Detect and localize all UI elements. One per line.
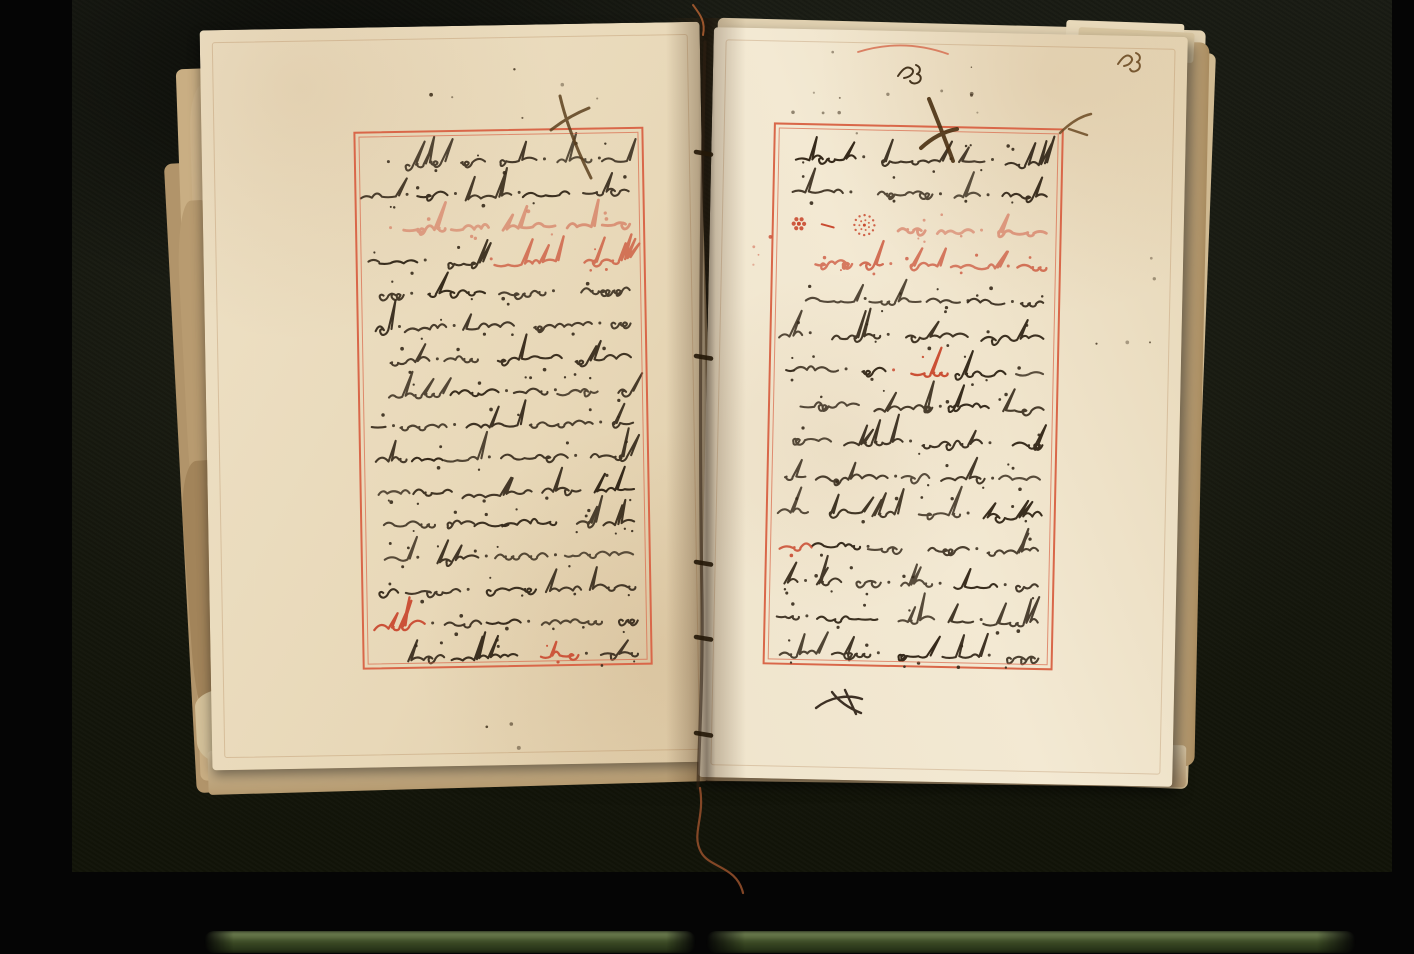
thread-tail — [697, 788, 743, 893]
table-edge-highlight-right — [706, 931, 1356, 953]
ink-marks-overlay — [0, 0, 1414, 954]
manuscript-photograph — [0, 0, 1414, 954]
red-stroke-right-page-top-edge — [858, 45, 948, 54]
pen-mark-top-right-margin — [1060, 114, 1091, 135]
folio-number-top-center — [898, 65, 921, 83]
flourish-left-page-top — [551, 96, 591, 178]
thread-top — [693, 5, 704, 35]
table-edge-highlight-left — [204, 931, 696, 953]
ink-speckles — [429, 51, 1156, 750]
folio-number-top-right — [1118, 53, 1140, 71]
catchword-scribble — [816, 690, 862, 714]
ink-smudge-right-page-top — [921, 99, 957, 161]
